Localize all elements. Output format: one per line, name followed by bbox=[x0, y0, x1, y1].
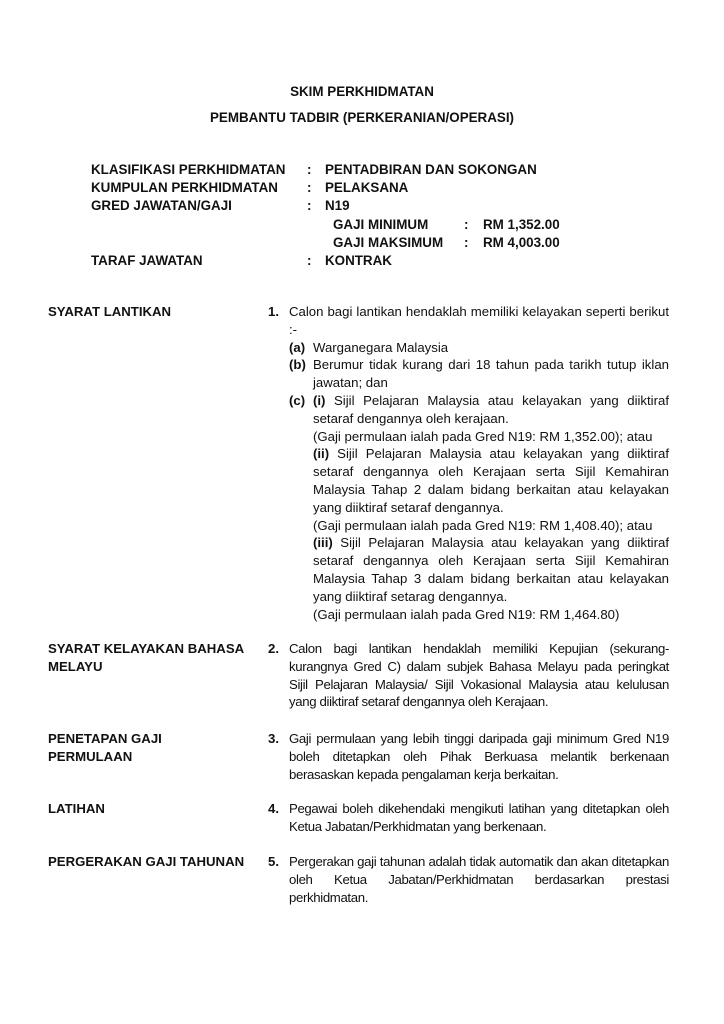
info-colon: : bbox=[307, 198, 311, 213]
option-text: Sijil Pelajaran Malaysia atau kelayakan … bbox=[313, 446, 669, 514]
info-colon: : bbox=[307, 253, 311, 268]
section-number: 4. bbox=[268, 800, 279, 818]
info-colon: : bbox=[307, 180, 311, 195]
list-item: (a) Warganegara Malaysia bbox=[289, 339, 669, 357]
info-label: TARAF JAWATAN bbox=[91, 253, 203, 268]
info-value: KONTRAK bbox=[325, 253, 392, 268]
option-note: (Gaji permulaan ialah pada Gred N19: RM … bbox=[313, 606, 669, 624]
document-subtitle: PEMBANTU TADBIR (PERKERANIAN/OPERASI) bbox=[0, 110, 724, 125]
info-label: KUMPULAN PERKHIDMATAN bbox=[91, 180, 278, 195]
item-text: Berumur tidak kurang dari 18 tahun pada … bbox=[313, 357, 669, 390]
section-label: SYARAT KELAYAKAN BAHASA MELAYU bbox=[48, 640, 248, 676]
section-body: Gaji permulaan yang lebih tinggi daripad… bbox=[289, 730, 669, 783]
option-marker: (i) bbox=[313, 393, 325, 408]
section-label: SYARAT LANTIKAN bbox=[48, 303, 248, 321]
option-marker: (iii) bbox=[313, 535, 333, 550]
section-number: 2. bbox=[268, 640, 279, 658]
item-marker: (a) bbox=[289, 339, 305, 357]
section-body: Calon bagi lantikan hendaklah memiliki k… bbox=[289, 303, 669, 623]
option-i: (i) Sijil Pelajaran Malaysia atau kelaya… bbox=[313, 392, 669, 428]
option-text: Sijil Pelajaran Malaysia atau kelayakan … bbox=[313, 393, 669, 426]
document-title: SKIM PERKHIDMATAN bbox=[0, 84, 724, 99]
item-text: Warganegara Malaysia bbox=[313, 340, 448, 355]
section-number: 5. bbox=[268, 853, 279, 871]
option-iii: (iii) Sijil Pelajaran Malaysia atau kela… bbox=[313, 534, 669, 605]
info-colon: : bbox=[464, 217, 468, 232]
list-item: (b) Berumur tidak kurang dari 18 tahun p… bbox=[289, 356, 669, 392]
info-label: KLASIFIKASI PERKHIDMATAN bbox=[91, 162, 285, 177]
section-label: LATIHAN bbox=[48, 800, 248, 818]
section-intro: Calon bagi lantikan hendaklah memiliki k… bbox=[289, 303, 669, 339]
item-marker: (c) bbox=[289, 392, 305, 410]
option-marker: (ii) bbox=[313, 446, 329, 461]
section-label: PENETAPAN GAJI PERMULAAN bbox=[48, 730, 248, 766]
info-value: PENTADBIRAN DAN SOKONGAN bbox=[325, 162, 537, 177]
info-label: GAJI MINIMUM bbox=[333, 217, 428, 232]
section-body: Calon bagi lantikan hendaklah memiliki K… bbox=[289, 640, 669, 711]
info-value: N19 bbox=[325, 198, 350, 213]
info-value: RM 4,003.00 bbox=[483, 235, 560, 250]
section-body: Pegawai boleh dikehendaki mengikuti lati… bbox=[289, 800, 669, 836]
info-colon: : bbox=[464, 235, 468, 250]
info-label: GAJI MAKSIMUM bbox=[333, 235, 443, 250]
section-body: Pergerakan gaji tahunan adalah tidak aut… bbox=[289, 853, 669, 906]
info-colon: : bbox=[307, 162, 311, 177]
section-number: 1. bbox=[268, 303, 279, 321]
option-note: (Gaji permulaan ialah pada Gred N19: RM … bbox=[313, 428, 669, 446]
info-label: GRED JAWATAN/GAJI bbox=[91, 198, 232, 213]
option-ii: (ii) Sijil Pelajaran Malaysia atau kelay… bbox=[313, 445, 669, 516]
item-marker: (b) bbox=[289, 356, 306, 374]
info-value: RM 1,352.00 bbox=[483, 217, 560, 232]
option-note: (Gaji permulaan ialah pada Gred N19: RM … bbox=[313, 517, 669, 535]
section-label: PERGERAKAN GAJI TAHUNAN bbox=[48, 853, 248, 871]
option-text: Sijil Pelajaran Malaysia atau kelayakan … bbox=[313, 535, 669, 603]
list-item: (c) (i) Sijil Pelajaran Malaysia atau ke… bbox=[289, 392, 669, 623]
section-number: 3. bbox=[268, 730, 279, 748]
info-value: PELAKSANA bbox=[325, 180, 408, 195]
